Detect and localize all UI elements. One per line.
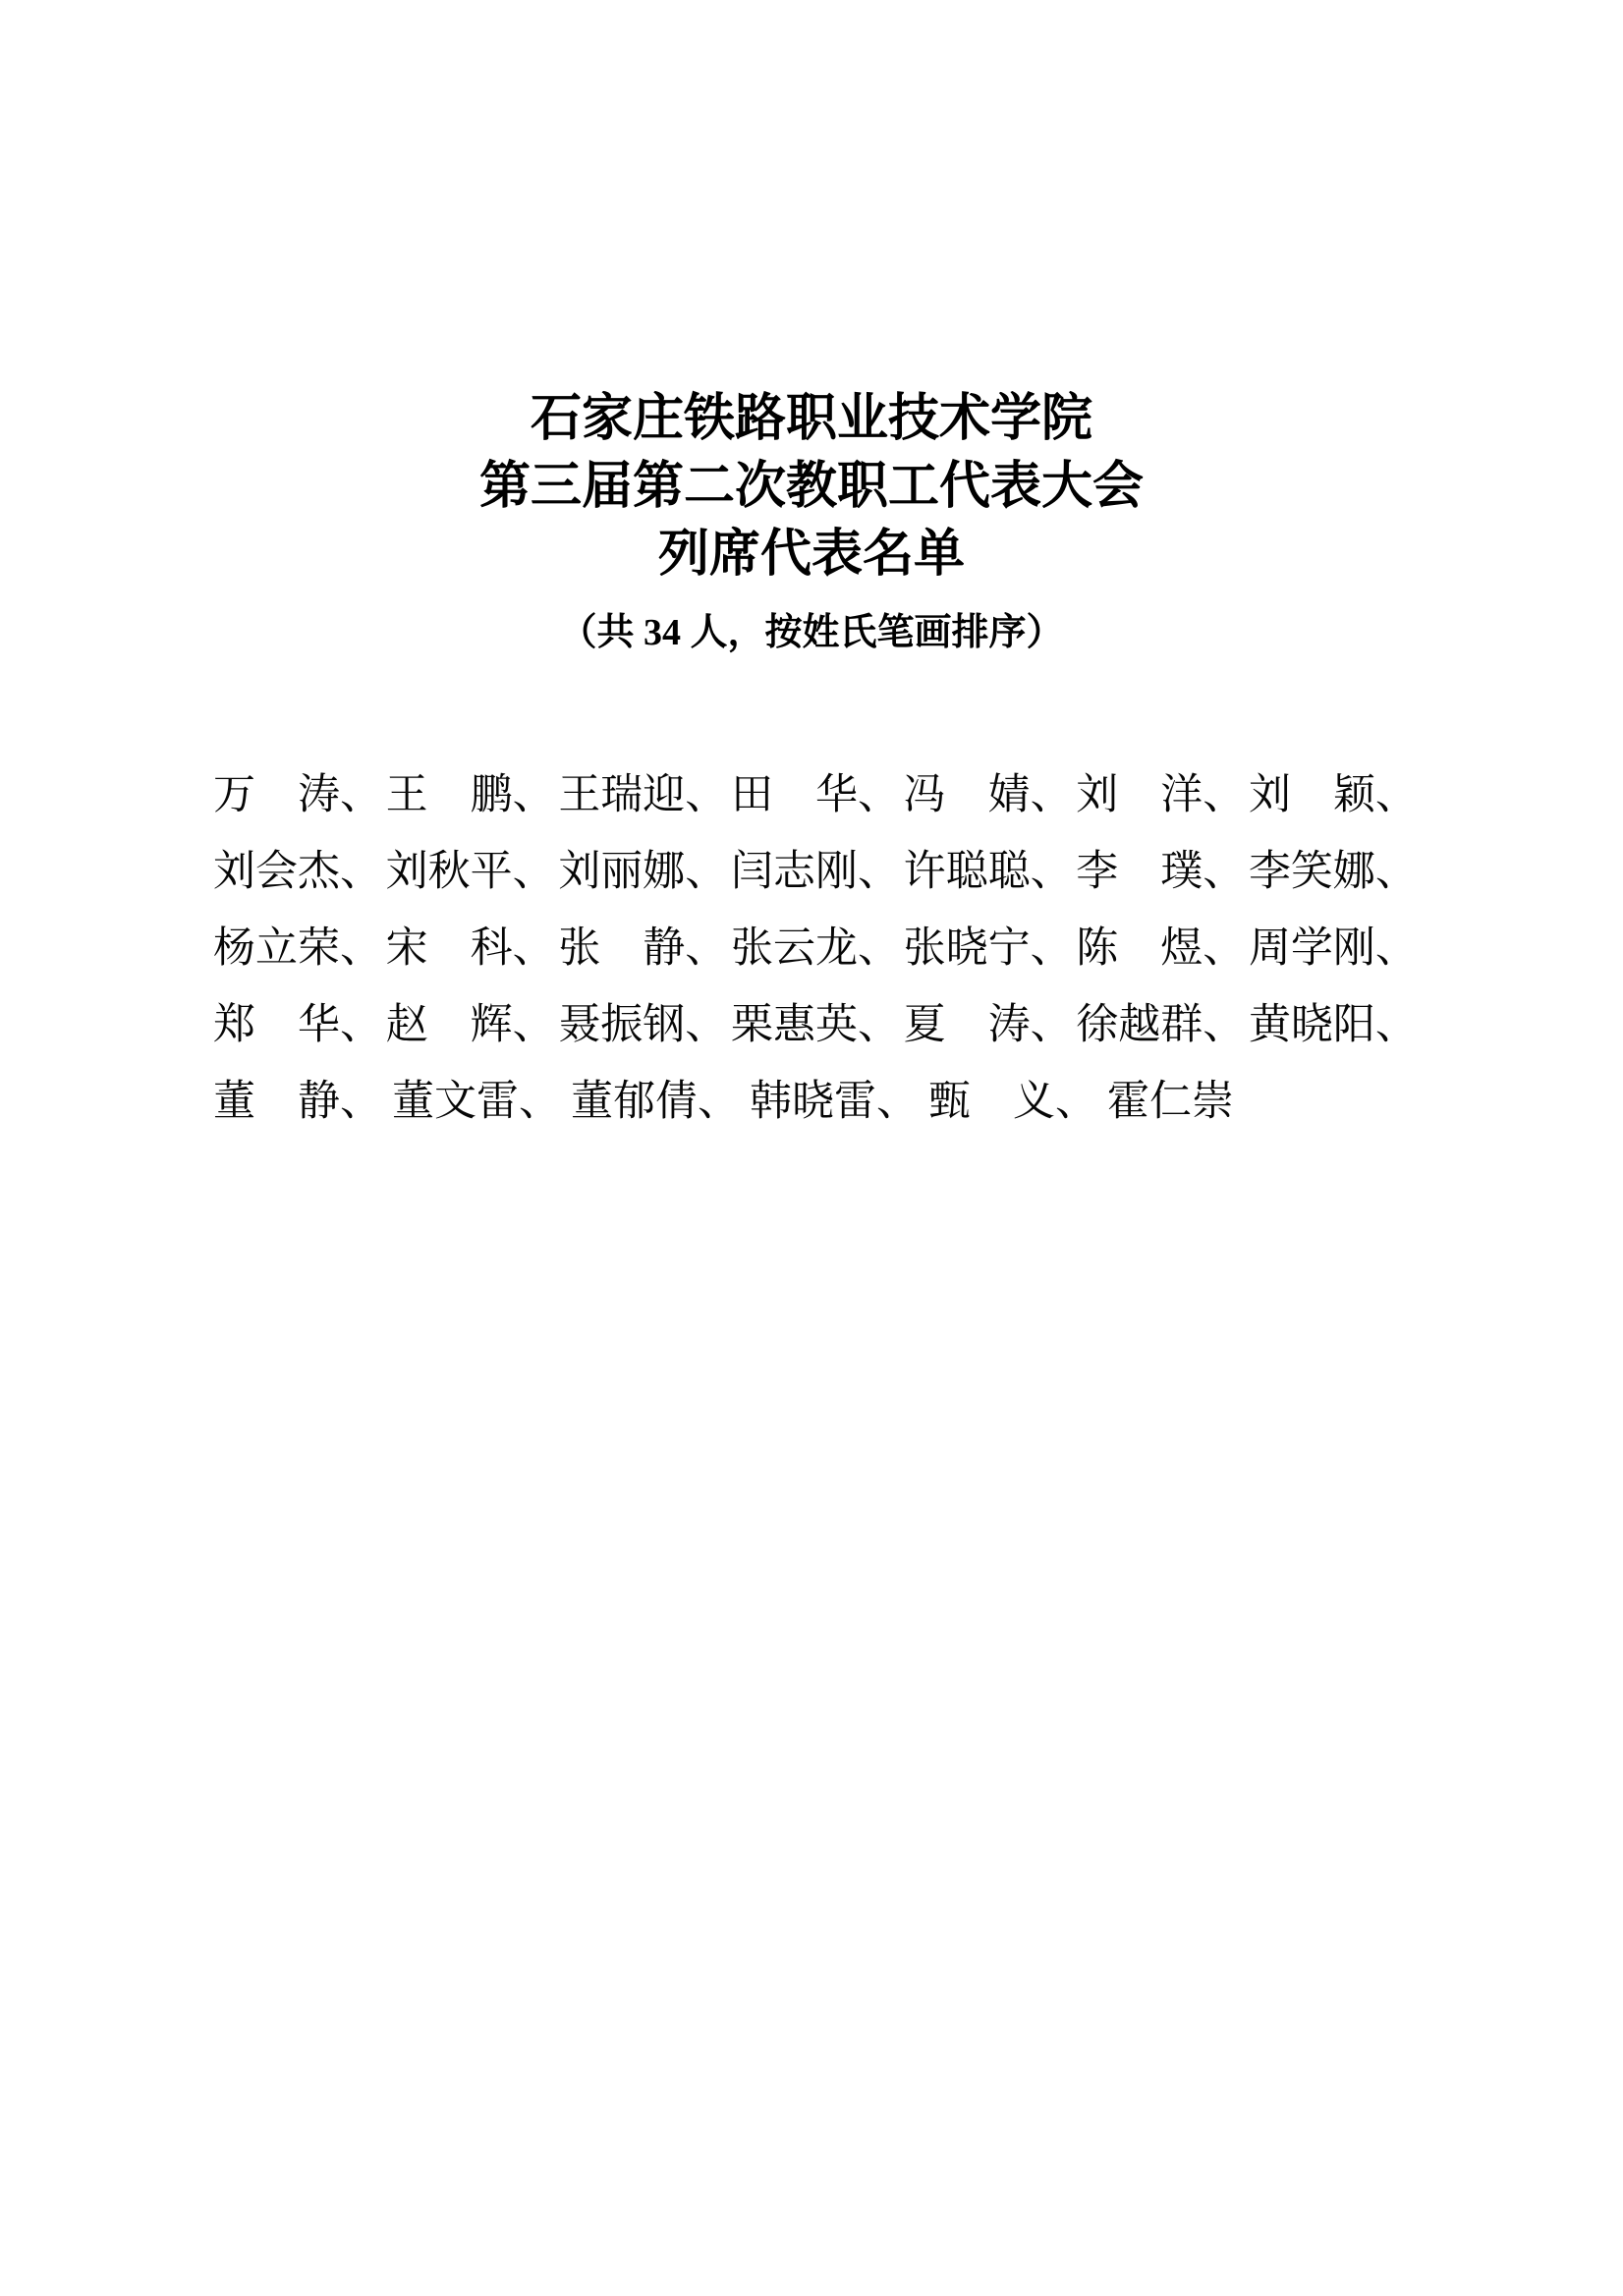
- delegate-name: 刘丽娜、: [558, 838, 727, 898]
- name-row-4: 郑 华、 赵 辉、 聂振钢、 栗惠英、 夏 涛、 徐越群、 黄晓阳、: [213, 982, 1418, 1059]
- delegate-name: 闫志刚、: [731, 838, 900, 898]
- name-row-1: 万 涛、 王 鹏、 王瑞迎、 田 华、 冯 婧、 刘 洋、 刘 颖、: [213, 753, 1418, 829]
- delegate-name: 李笑娜、: [1249, 838, 1418, 898]
- title-line-college: 石家庄铁路职业技术学院: [0, 385, 1623, 453]
- delegate-name: 霍仁崇: [1107, 1068, 1234, 1128]
- delegate-name: 刘会杰、: [213, 838, 382, 898]
- delegate-name: 陈 煜、: [1076, 915, 1245, 975]
- delegate-name: 郑 华、: [213, 991, 382, 1051]
- delegate-name: 张晓宁、: [904, 915, 1073, 975]
- delegate-name: 徐越群、: [1076, 991, 1245, 1051]
- delegate-name: 栗惠英、: [731, 991, 900, 1051]
- delegate-name: 赵 辉、: [386, 991, 555, 1051]
- delegate-name: 宋 科、: [386, 915, 555, 975]
- document-title: 石家庄铁路职业技术学院 第三届第二次教职工代表大会 列席代表名单: [0, 385, 1623, 588]
- title-line-roster: 列席代表名单: [0, 521, 1623, 588]
- delegate-name: 王瑞迎、: [558, 761, 727, 821]
- delegate-name: 刘秋平、: [386, 838, 555, 898]
- delegate-name: 刘 颖、: [1249, 761, 1418, 821]
- delegate-name: 董文雷、: [392, 1068, 561, 1128]
- delegate-name: 刘 洋、: [1076, 761, 1245, 821]
- delegate-name: 冯 婧、: [904, 761, 1073, 821]
- delegate-name: 田 华、: [731, 761, 900, 821]
- delegate-name: 李 璞、: [1076, 838, 1245, 898]
- delegate-name: 许聪聪、: [904, 838, 1073, 898]
- delegate-name: 万 涛、: [213, 761, 382, 821]
- delegate-name: 张 静、: [558, 915, 727, 975]
- delegate-name: 韩晓雷、: [750, 1068, 919, 1128]
- roster-subtitle: （共 34 人，按姓氏笔画排序）: [0, 609, 1623, 656]
- delegate-name: 董 静、: [213, 1068, 382, 1128]
- name-row-3: 杨立荣、 宋 科、 张 静、 张云龙、 张晓宁、 陈 煜、 周学刚、: [213, 906, 1418, 982]
- delegate-name: 杨立荣、: [213, 915, 382, 975]
- delegate-name: 聂振钢、: [558, 991, 727, 1051]
- title-line-congress: 第三届第二次教职工代表大会: [0, 453, 1623, 521]
- delegate-roster: 万 涛、 王 鹏、 王瑞迎、 田 华、 冯 婧、 刘 洋、 刘 颖、 刘会杰、 …: [213, 753, 1418, 1136]
- name-row-5: 董 静、 董文雷、 董郁倩、 韩晓雷、 甄 义、 霍仁崇: [213, 1059, 1418, 1136]
- delegate-name: 王 鹏、: [386, 761, 555, 821]
- document-page: 石家庄铁路职业技术学院 第三届第二次教职工代表大会 列席代表名单 （共 34 人…: [0, 0, 1623, 2296]
- delegate-name: 周学刚、: [1249, 915, 1418, 975]
- delegate-name: 黄晓阳、: [1249, 991, 1418, 1051]
- delegate-name: 董郁倩、: [571, 1068, 740, 1128]
- delegate-name: 夏 涛、: [904, 991, 1073, 1051]
- name-row-2: 刘会杰、 刘秋平、 刘丽娜、 闫志刚、 许聪聪、 李 璞、 李笑娜、: [213, 829, 1418, 906]
- delegate-name: 张云龙、: [731, 915, 900, 975]
- delegate-name: 甄 义、: [928, 1068, 1097, 1128]
